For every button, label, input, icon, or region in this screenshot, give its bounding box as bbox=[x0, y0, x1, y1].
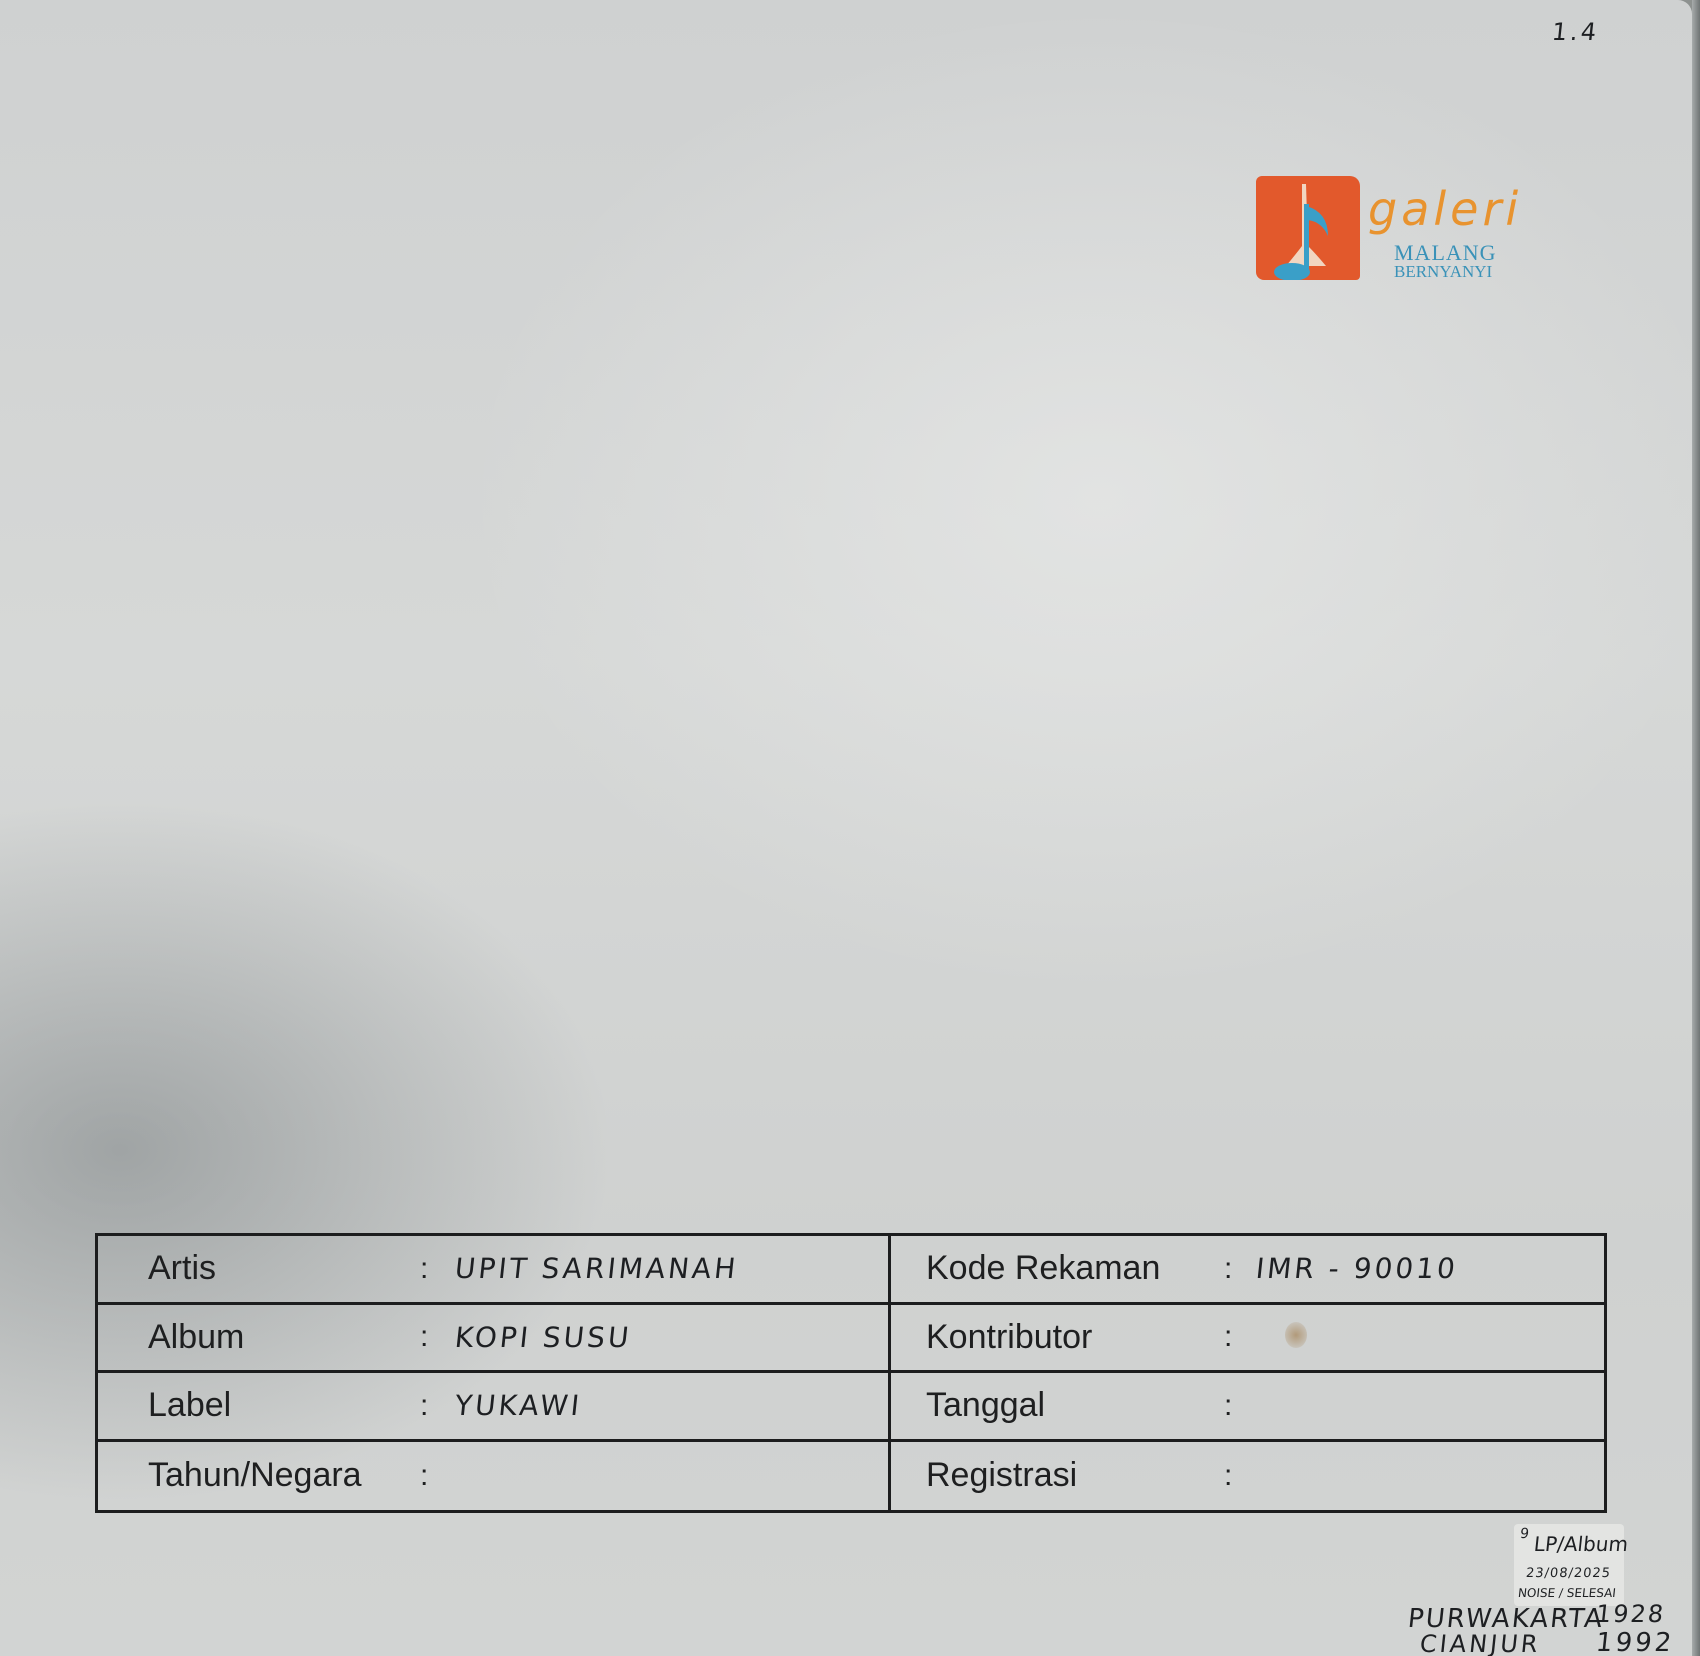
archive-sticker: 9 LP/Album 23/08/2025 NOISE / SELESAI bbox=[1514, 1524, 1624, 1606]
field-separator: : bbox=[420, 1459, 428, 1493]
field-value: KOPI SUSU bbox=[453, 1321, 633, 1354]
field-label: Tahun/Negara bbox=[148, 1456, 362, 1495]
sleeve-edge bbox=[1692, 0, 1700, 1656]
stain-mark bbox=[1285, 1322, 1307, 1348]
field-value: YUKAWI bbox=[453, 1389, 584, 1422]
field-kontributor: Kontributor : bbox=[891, 1305, 1604, 1374]
field-label: Kode Rekaman bbox=[926, 1249, 1160, 1288]
album-sleeve: 1.4 galeri MALANG BERNYANYI Artis : UPIT… bbox=[0, 0, 1692, 1656]
field-label: Label bbox=[148, 1386, 231, 1425]
field-separator: : bbox=[420, 1389, 428, 1423]
field-album: Album : KOPI SUSU bbox=[98, 1305, 891, 1374]
record-info-table: Artis : UPIT SARIMANAH Kode Rekaman : IM… bbox=[95, 1233, 1607, 1513]
origin-place-2: CIANJUR bbox=[1419, 1630, 1542, 1656]
field-label: Registrasi bbox=[926, 1456, 1077, 1495]
field-separator: : bbox=[1224, 1459, 1232, 1493]
sticker-category: LP/Album bbox=[1533, 1532, 1630, 1556]
field-tahun-negara: Tahun/Negara : bbox=[98, 1442, 891, 1511]
galeri-logo: galeri MALANG BERNYANYI bbox=[1250, 170, 1550, 290]
logo-line-2: BERNYANYI bbox=[1394, 262, 1492, 282]
field-value: UPIT SARIMANAH bbox=[453, 1252, 740, 1285]
corner-note: 1.4 bbox=[1551, 18, 1601, 46]
field-registrasi: Registrasi : bbox=[891, 1442, 1604, 1511]
field-separator: : bbox=[420, 1252, 428, 1286]
sticker-status: NOISE / SELESAI bbox=[1517, 1586, 1616, 1600]
field-separator: : bbox=[1224, 1252, 1232, 1286]
field-tanggal: Tanggal : bbox=[891, 1373, 1604, 1442]
field-label: Artis bbox=[148, 1249, 216, 1288]
music-note-icon bbox=[1256, 176, 1360, 280]
field-artis: Artis : UPIT SARIMANAH bbox=[98, 1236, 891, 1305]
field-label-record: Label : YUKAWI bbox=[98, 1373, 891, 1442]
field-separator: : bbox=[1224, 1320, 1232, 1354]
sticker-number: 9 bbox=[1519, 1526, 1533, 1542]
field-separator: : bbox=[420, 1320, 428, 1354]
field-label: Album bbox=[148, 1318, 244, 1357]
origin-year-2: 1992 bbox=[1594, 1628, 1675, 1656]
logo-word: galeri bbox=[1368, 182, 1522, 236]
origin-year-1: 1928 bbox=[1595, 1600, 1667, 1628]
field-label: Kontributor bbox=[926, 1318, 1092, 1357]
field-kode-rekaman: Kode Rekaman : IMR - 90010 bbox=[891, 1236, 1604, 1305]
field-label: Tanggal bbox=[926, 1386, 1045, 1425]
field-separator: : bbox=[1224, 1389, 1232, 1423]
field-value: IMR - 90010 bbox=[1254, 1252, 1459, 1285]
sticker-date: 23/08/2025 bbox=[1525, 1566, 1612, 1581]
